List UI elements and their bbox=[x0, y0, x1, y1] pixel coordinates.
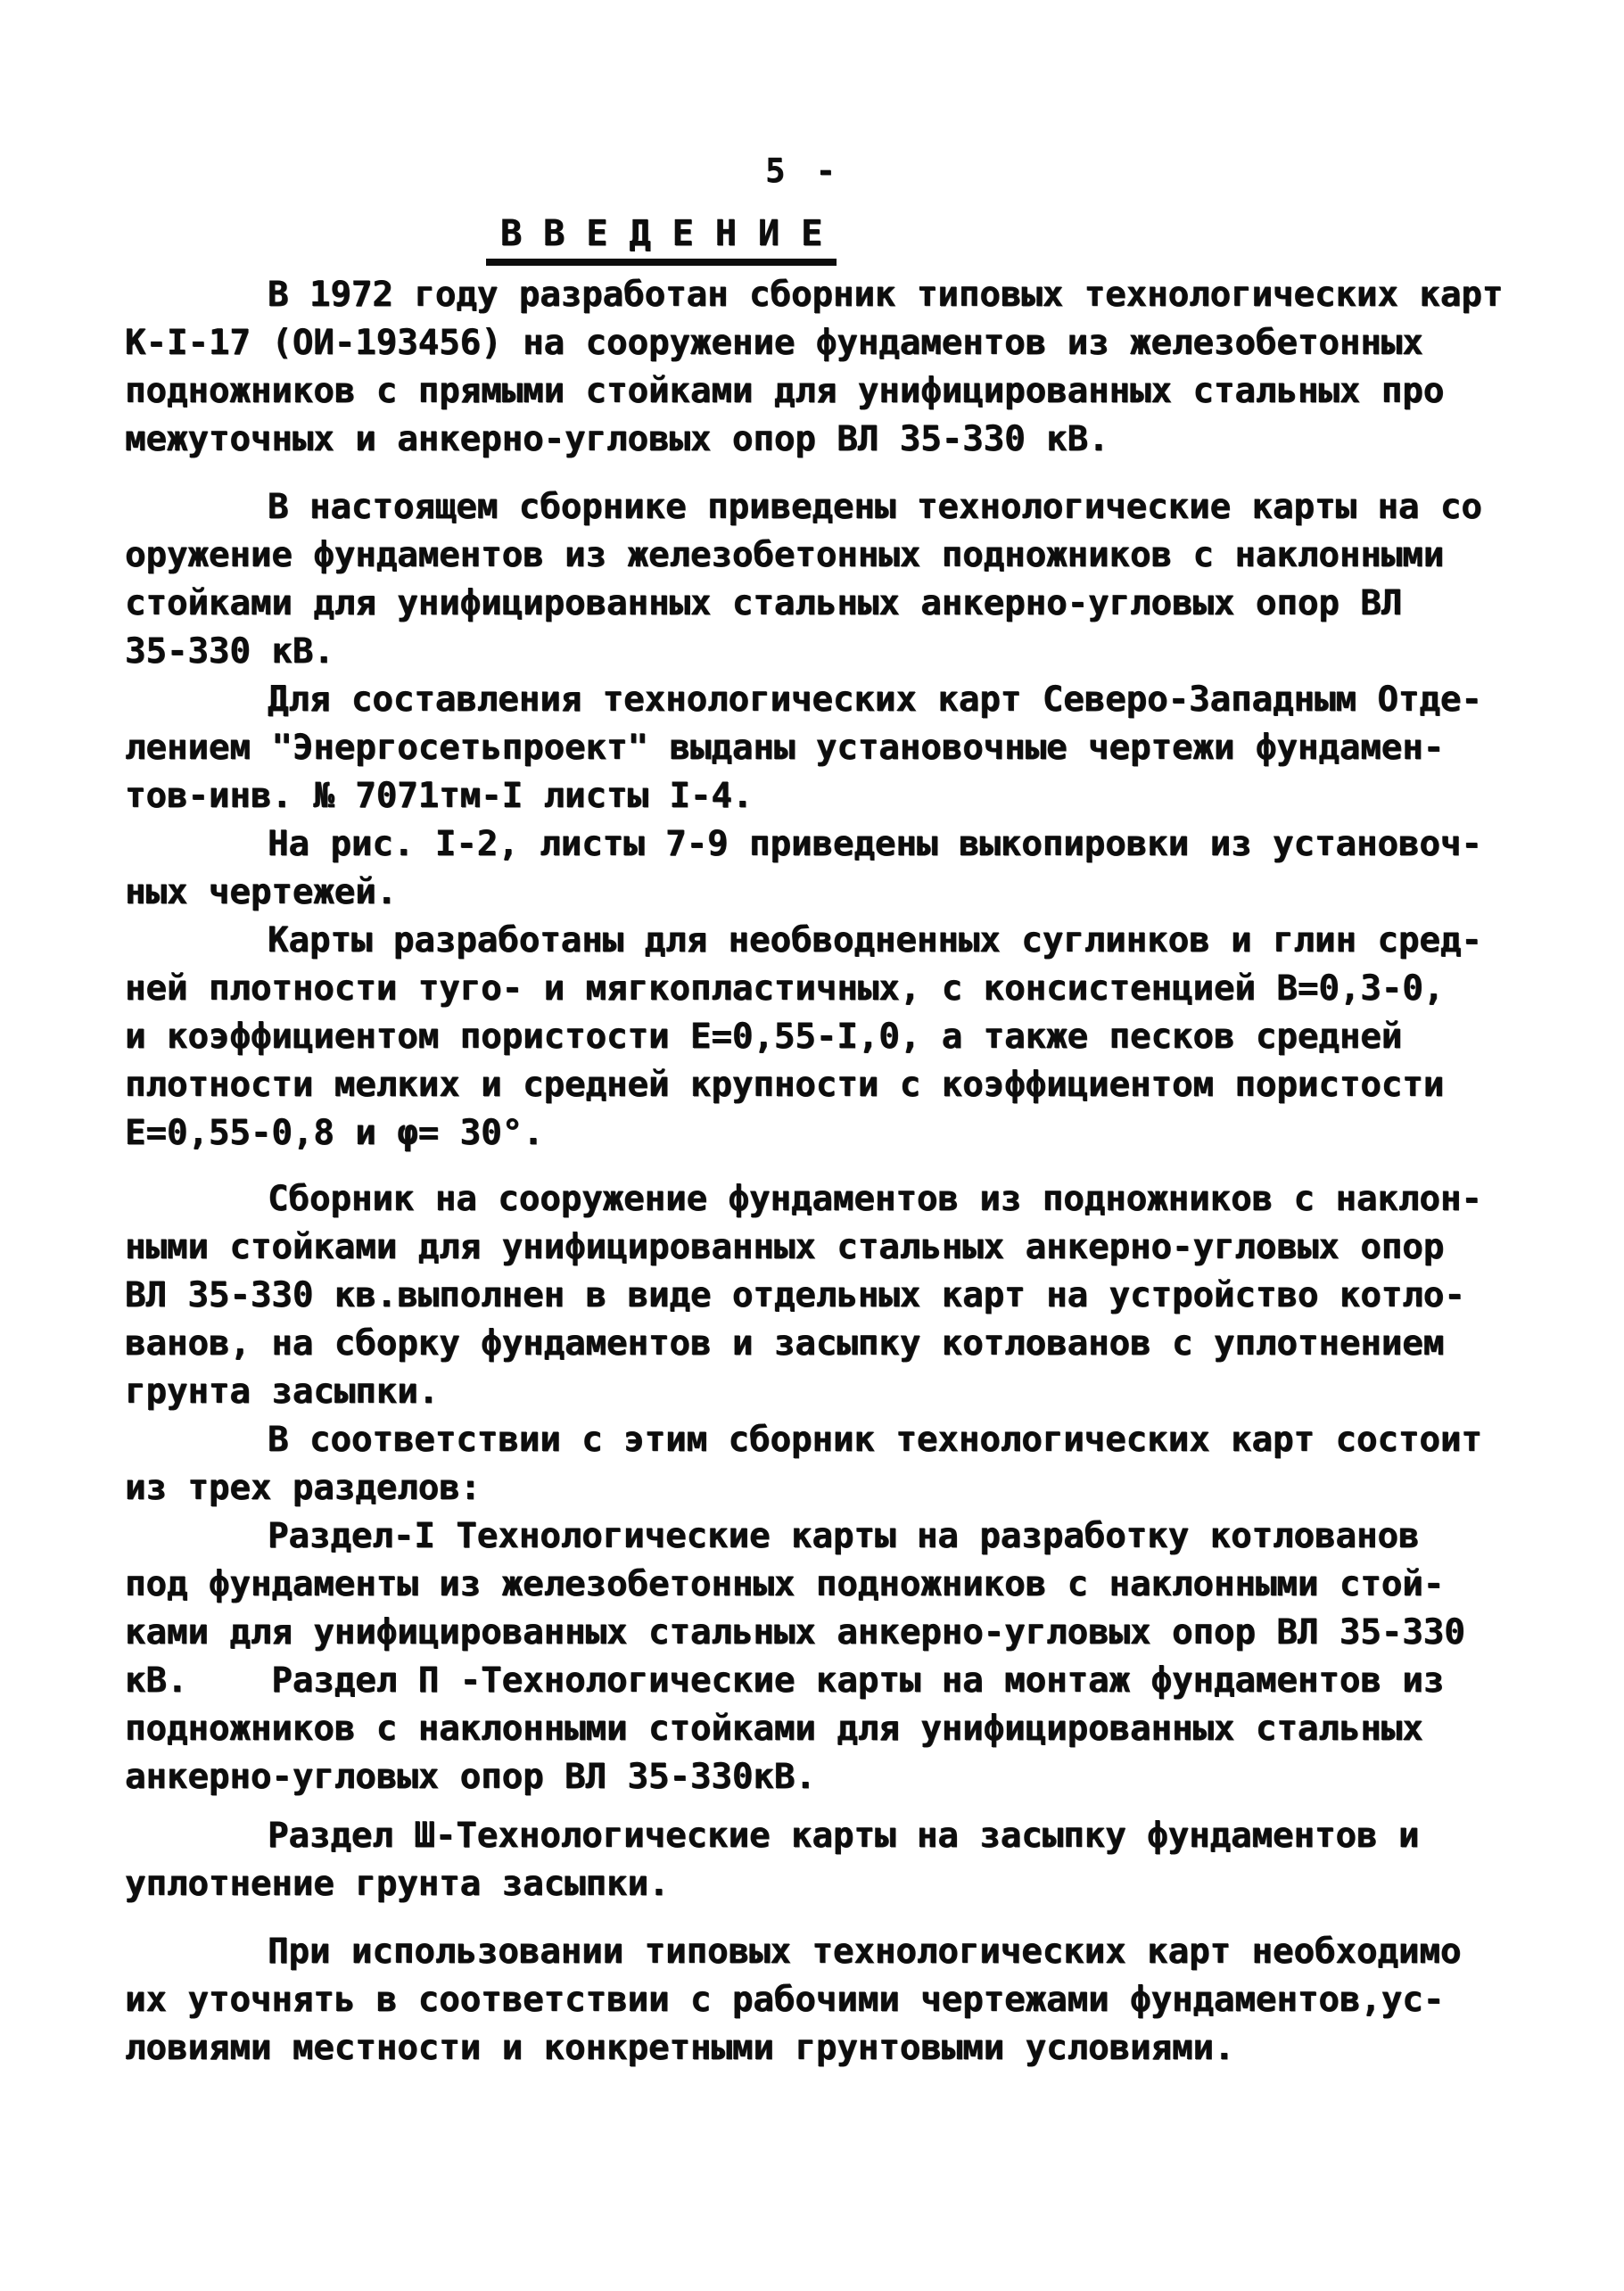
text-line: стойками для унифицированных стальных ан… bbox=[125, 580, 1579, 628]
paragraph: Для составления технологических карт Сев… bbox=[125, 676, 1579, 820]
text-line: При использовании типовых технологически… bbox=[125, 1928, 1579, 1976]
text-line: анкерно-угловых опор ВЛ 35-330кВ. bbox=[125, 1753, 1579, 1801]
text-line: ловиями местности и конкретными грунтовы… bbox=[125, 2024, 1579, 2073]
paragraph: В 1972 году разработан сборник типовых т… bbox=[125, 271, 1579, 464]
text-line: ными стойками для унифицированных стальн… bbox=[125, 1224, 1579, 1272]
document-title-block: В В Е Д Е Н И Е bbox=[486, 212, 837, 266]
text-line: их уточнять в соответствии с рабочими че… bbox=[125, 1976, 1579, 2024]
text-line: ВЛ 35-330 кв.выполнен в виде отдельных к… bbox=[125, 1272, 1579, 1320]
scanned-document-page: 5 - В В Е Д Е Н И Е В 1972 году разработ… bbox=[0, 0, 1624, 2291]
text-line: тов-инв. № 7071тм-I листы I-4. bbox=[125, 772, 1579, 820]
paragraph: На рис. I-2, листы 7-9 приведены выкопир… bbox=[125, 820, 1579, 917]
text-line: 35-330 кВ. bbox=[125, 628, 1579, 676]
text-line: уплотнение грунта засыпки. bbox=[125, 1860, 1579, 1908]
text-line: грунта засыпки. bbox=[125, 1368, 1579, 1416]
paragraph: В настоящем сборнике приведены технологи… bbox=[125, 483, 1579, 676]
text-line: Сборник на сооружение фундаментов из под… bbox=[125, 1175, 1579, 1224]
text-line: На рис. I-2, листы 7-9 приведены выкопир… bbox=[125, 820, 1579, 869]
text-line: подножников с наклонными стойками для ун… bbox=[125, 1705, 1579, 1753]
text-line: ных чертежей. bbox=[125, 869, 1579, 917]
text-line: Для составления технологических карт Сев… bbox=[125, 676, 1579, 724]
paragraph: Раздел Ш-Технологические карты на засыпк… bbox=[125, 1812, 1579, 1908]
text-line: плотности мелких и средней крупности с к… bbox=[125, 1061, 1579, 1109]
text-line: К-I-17 (ОИ-193456) на сооружение фундаме… bbox=[125, 319, 1579, 367]
paragraph: Раздел-I Технологические карты на разраб… bbox=[125, 1512, 1579, 1801]
text-line: под фундаменты из железобетонных подножн… bbox=[125, 1561, 1579, 1609]
text-line: и коэффициентом пористости Е=0,55-I,0, а… bbox=[125, 1013, 1579, 1061]
text-line: В настоящем сборнике приведены технологи… bbox=[125, 483, 1579, 532]
text-line: оружение фундаментов из железобетонных п… bbox=[125, 532, 1579, 580]
paragraph: При использовании типовых технологически… bbox=[125, 1928, 1579, 2073]
paragraph: Сборник на сооружение фундаментов из под… bbox=[125, 1175, 1579, 1416]
document-body: В 1972 году разработан сборник типовых т… bbox=[125, 271, 1579, 2073]
text-line: Е=0,55-0,8 и φ= 30°. bbox=[125, 1109, 1579, 1158]
text-line: ванов, на сборку фундаментов и засыпку к… bbox=[125, 1320, 1579, 1368]
text-line: Раздел Ш-Технологические карты на засыпк… bbox=[125, 1812, 1579, 1860]
paragraph: В соответствии с этим сборник технологич… bbox=[125, 1416, 1579, 1512]
text-line: Раздел-I Технологические карты на разраб… bbox=[125, 1512, 1579, 1561]
page-number: 5 - bbox=[765, 153, 841, 189]
text-line: ками для унифицированных стальных анкерн… bbox=[125, 1609, 1579, 1657]
text-line: Карты разработаны для необводненных сугл… bbox=[125, 917, 1579, 965]
text-line: лением "Энергосетьпроект" выданы установ… bbox=[125, 724, 1579, 772]
text-line: из трех разделов: bbox=[125, 1464, 1579, 1512]
text-line: подножников с прямыми стойками для унифи… bbox=[125, 367, 1579, 416]
text-line: ней плотности туго- и мягкопластичных, с… bbox=[125, 965, 1579, 1013]
text-line: межуточных и анкерно-угловых опор ВЛ 35-… bbox=[125, 416, 1579, 464]
text-line: В 1972 году разработан сборник типовых т… bbox=[125, 271, 1579, 319]
text-line: В соответствии с этим сборник технологич… bbox=[125, 1416, 1579, 1464]
text-line: кВ. Раздел П -Технологические карты на м… bbox=[125, 1657, 1579, 1705]
paragraph: Карты разработаны для необводненных сугл… bbox=[125, 917, 1579, 1158]
document-title: В В Е Д Е Н И Е bbox=[486, 212, 837, 266]
